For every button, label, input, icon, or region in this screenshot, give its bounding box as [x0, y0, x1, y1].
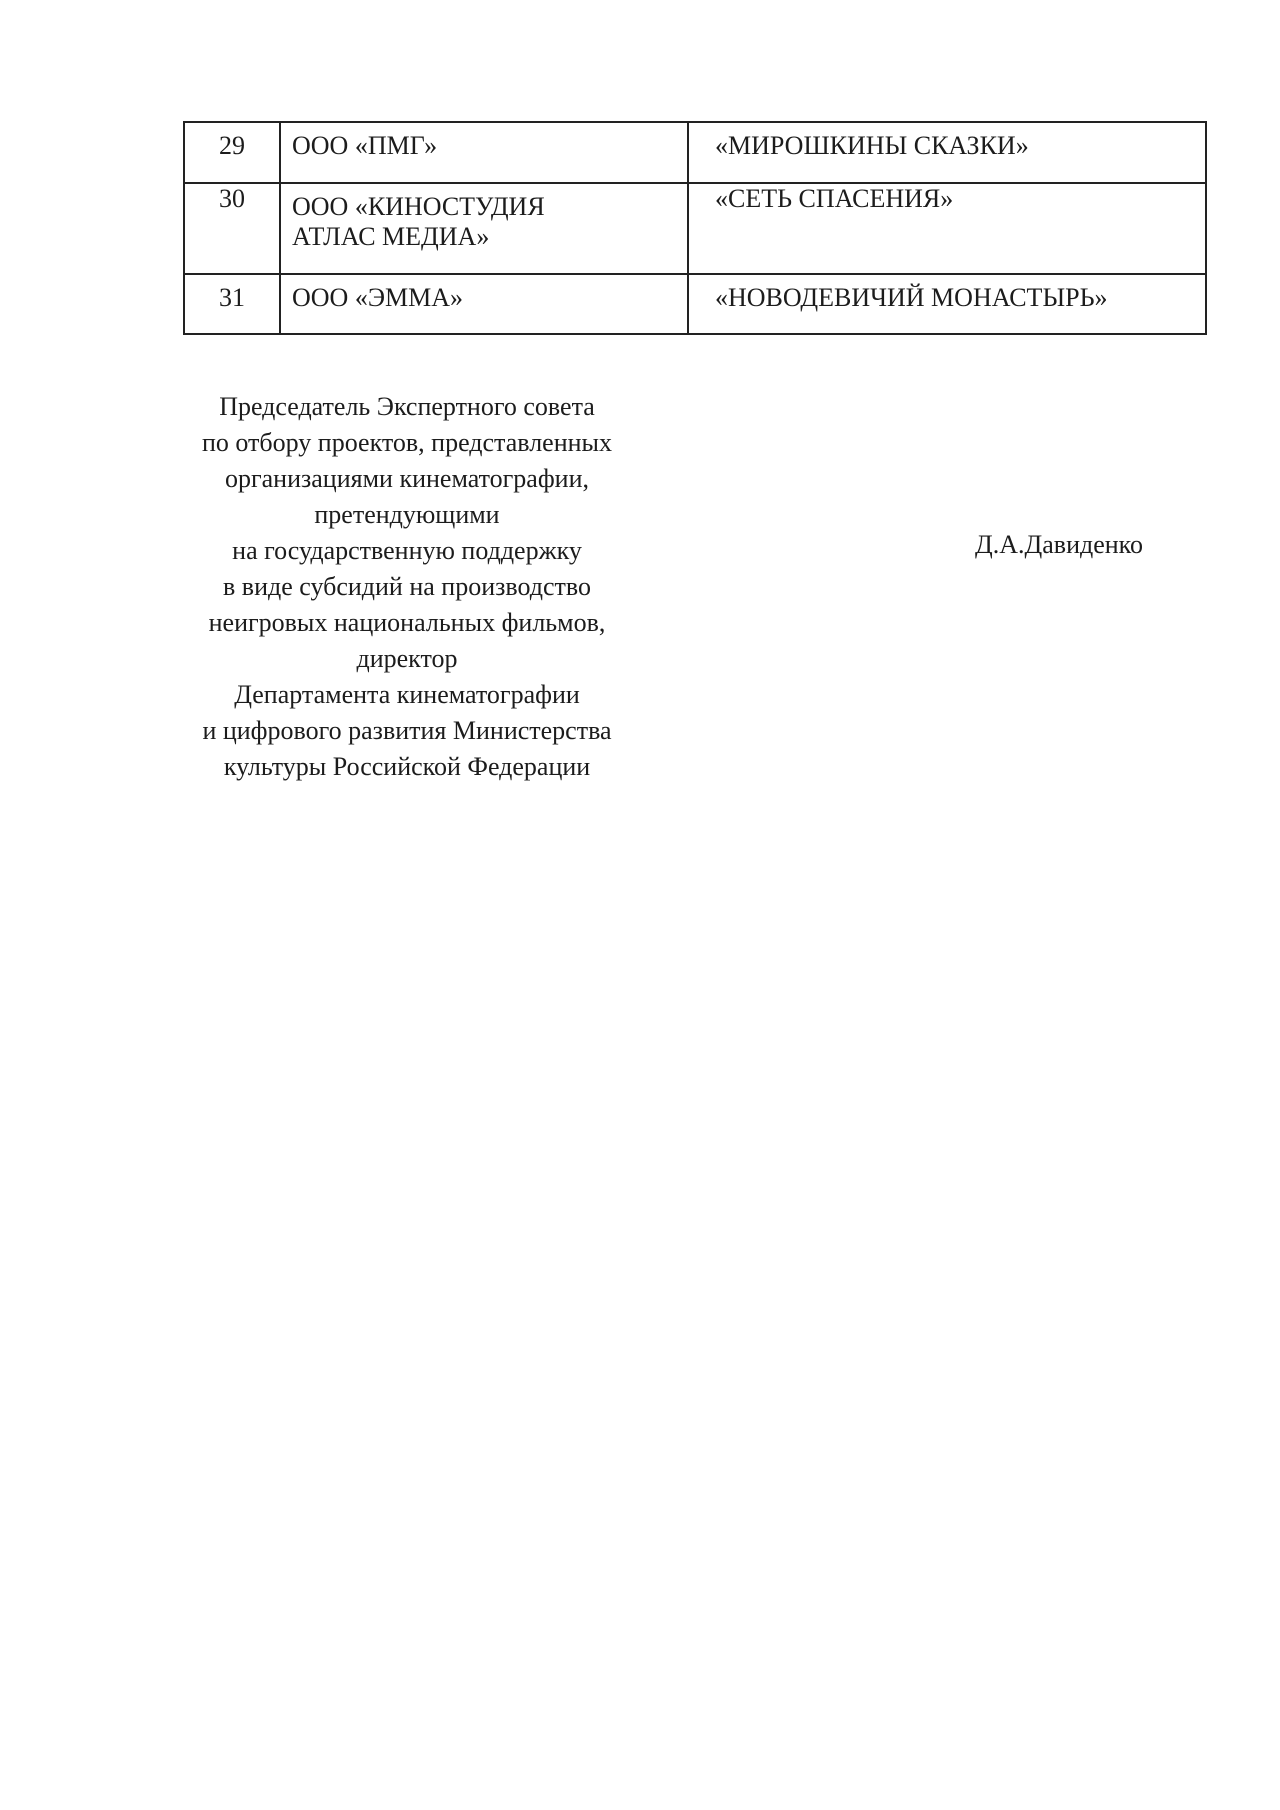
film-title-cell: «НОВОДЕВИЧИЙ МОНАСТЫРЬ» [688, 274, 1206, 334]
row-number-cell: 31 [184, 274, 280, 334]
signature-position-line: культуры Российской Федерации [172, 749, 642, 785]
film-title-cell: «МИРОШКИНЫ СКАЗКИ» [688, 122, 1206, 183]
signature-position-line: на государственную поддержку [172, 533, 642, 569]
row-number-cell: 29 [184, 122, 280, 183]
row-number-cell: 30 [184, 183, 280, 274]
projects-table: 29 ООО «ПМГ» «МИРОШКИНЫ СКАЗКИ» 30 ООО «… [183, 121, 1207, 335]
signature-position-line: Председатель Экспертного совета [172, 389, 642, 425]
table-row: 30 ООО «КИНОСТУДИЯ АТЛАС МЕДИА» «СЕТЬ СП… [184, 183, 1206, 274]
signature-position-line: организациями кинематографии, [172, 461, 642, 497]
signature-position-line: и цифрового развития Министерства [172, 713, 642, 749]
organization-cell: ООО «ЭММА» [280, 274, 688, 334]
signature-position-block: Председатель Экспертного совета по отбор… [172, 389, 642, 785]
signature-position-line: неигровых национальных фильмов, [172, 605, 642, 641]
signature-position-line: претендующими [172, 497, 642, 533]
signature-position-line: директор [172, 641, 642, 677]
table-row: 29 ООО «ПМГ» «МИРОШКИНЫ СКАЗКИ» [184, 122, 1206, 183]
film-title-cell: «СЕТЬ СПАСЕНИЯ» [688, 183, 1206, 274]
signature-position-line: Департамента кинематографии [172, 677, 642, 713]
organization-cell: ООО «ПМГ» [280, 122, 688, 183]
table-row: 31 ООО «ЭММА» «НОВОДЕВИЧИЙ МОНАСТЫРЬ» [184, 274, 1206, 334]
signatory-name: Д.А.Давиденко [975, 527, 1143, 563]
signature-position-line: в виде субсидий на производство [172, 569, 642, 605]
signature-position-line: по отбору проектов, представленных [172, 425, 642, 461]
organization-cell: ООО «КИНОСТУДИЯ АТЛАС МЕДИА» [280, 183, 688, 274]
document-page: 29 ООО «ПМГ» «МИРОШКИНЫ СКАЗКИ» 30 ООО «… [0, 0, 1280, 1810]
